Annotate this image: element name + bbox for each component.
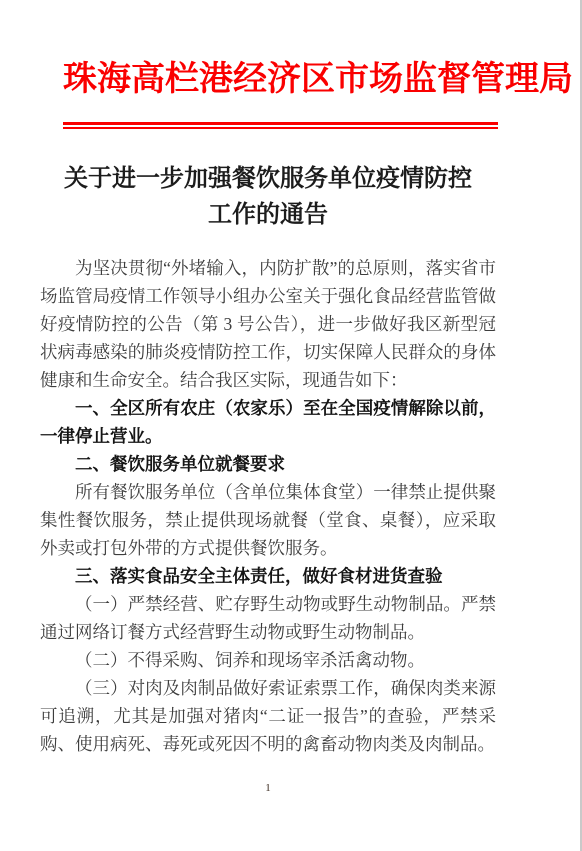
notice-title-line1: 关于进一步加强餐饮服务单位疫情防控 <box>64 166 472 192</box>
section-heading-1: 一、全区所有农庄（农家乐）至在全国疫情解除以前，一律停止营业。 <box>40 394 496 450</box>
paragraph-item-2: （二）不得采购、饲养和现场宰杀活禽动物。 <box>40 646 496 674</box>
notice-title-line2: 工作的通告 <box>208 202 328 228</box>
paragraph-item-3: （三）对肉及肉制品做好索证索票工作，确保肉类来源可追溯，尤其是加强对猪肉“二证一… <box>40 674 496 758</box>
notice-title: 关于进一步加强餐饮服务单位疫情防控工作的通告 <box>40 161 496 233</box>
agency-name: 珠海高栏港经济区市场监督管理局 <box>63 58 498 102</box>
notice-body: 为坚决贯彻“外堵输入，内防扩散”的总原则，落实省市场监管局疫情工作领导小组办公室… <box>40 254 496 758</box>
rule-thin-line <box>63 127 498 129</box>
paragraph-section-2-body: 所有餐饮服务单位（含单位集体食堂）一律禁止提供聚集性餐饮服务，禁止提供现场就餐（… <box>40 478 496 562</box>
document-masthead: 珠海高栏港经济区市场监督管理局 <box>63 58 498 129</box>
section-heading-2: 二、餐饮服务单位就餐要求 <box>40 450 496 478</box>
page-number: 1 <box>265 782 271 794</box>
page-footer: 1 <box>40 778 496 796</box>
document-page: 珠海高栏港经济区市场监督管理局 关于进一步加强餐饮服务单位疫情防控工作的通告 为… <box>0 0 582 851</box>
section-heading-3: 三、落实食品安全主体责任，做好食材进货查验 <box>40 562 496 590</box>
paragraph-item-1: （一）严禁经营、贮存野生动物或野生动物制品。严禁通过网络订餐方式经营野生动物或野… <box>40 590 496 646</box>
masthead-double-rule <box>63 122 498 129</box>
paragraph-intro: 为坚决贯彻“外堵输入，内防扩散”的总原则，落实省市场监管局疫情工作领导小组办公室… <box>40 254 496 394</box>
